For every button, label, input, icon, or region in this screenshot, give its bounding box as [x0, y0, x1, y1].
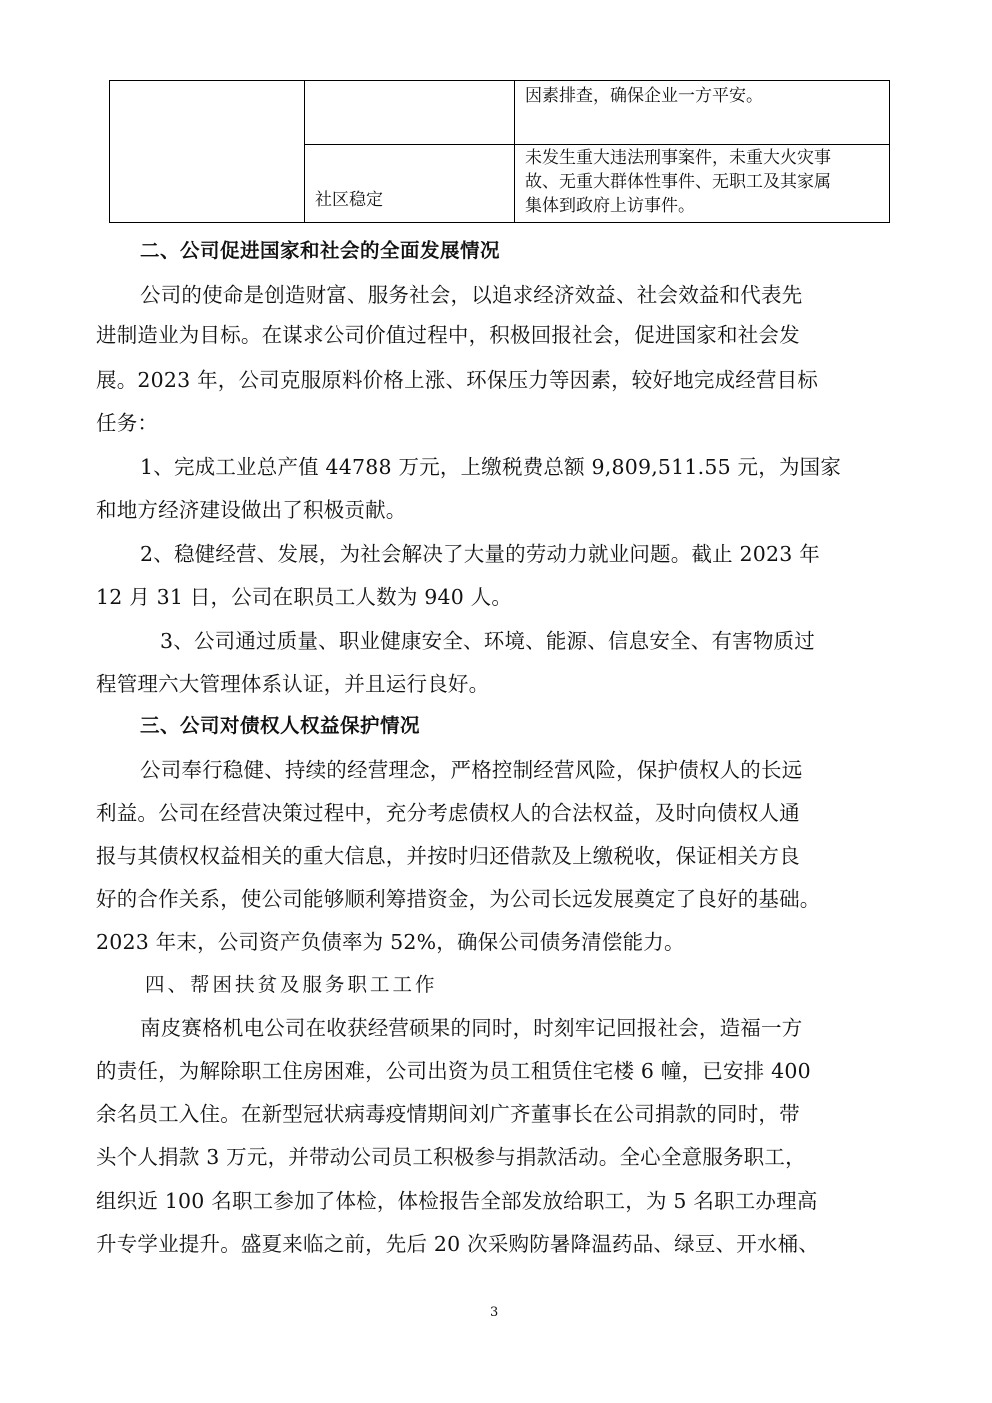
list-item-2: 2、稳健经营、发展，为社会解决了大量的劳动力就业问题。截止 2023 年 — [140, 539, 940, 569]
paragraph-line: 公司的使命是创造财富、服务社会，以追求经济效益、社会效益和代表先 — [140, 280, 940, 310]
continuation-table: 因素排查，确保企业一方平安。 社区稳定 未发生重大违法刑事案件，未重大火灾事 故… — [109, 80, 890, 223]
table-cell-category — [110, 81, 305, 223]
list-item-3: 3、公司通过质量、职业健康安全、环境、能源、信息安全、有害物质过 — [160, 626, 960, 656]
paragraph-line: 展。2023 年，公司克服原料价格上涨、环保压力等因素，较好地完成经营目标 — [96, 365, 896, 395]
paragraph-line: 利益。公司在经营决策过程中，充分考虑债权人的合法权益，及时向债权人通 — [96, 798, 896, 828]
paragraph-line: 的责任，为解除职工住房困难，公司出资为员工租赁住宅楼 6 幢，已安排 400 — [96, 1056, 896, 1086]
table-cell-item — [305, 81, 515, 145]
section-heading-3: 三、公司对债权人权益保护情况 — [140, 711, 940, 741]
list-item-3-cont: 程管理六大管理体系认证，并且运行良好。 — [96, 669, 896, 699]
list-item-1: 1、完成工业总产值 44788 万元，上缴税费总额 9,809,511.55 元… — [140, 452, 940, 482]
list-item-1-cont: 和地方经济建设做出了积极贡献。 — [96, 495, 896, 525]
paragraph-line: 公司奉行稳健、持续的经营理念，严格控制经营风险，保护债权人的长远 — [140, 755, 940, 785]
paragraph-line: 余名员工入住。在新型冠状病毒疫情期间刘广齐董事长在公司捐款的同时，带 — [96, 1099, 896, 1129]
paragraph-line: 任务： — [96, 408, 896, 438]
paragraph-line: 进制造业为目标。在谋求公司价值过程中，积极回报社会，促进国家和社会发 — [96, 320, 896, 350]
paragraph-line: 升专学业提升。盛夏来临之前，先后 20 次采购防暑降温药品、绿豆、开水桶、 — [96, 1229, 896, 1259]
paragraph-line: 头个人捐款 3 万元，并带动公司员工积极参与捐款活动。全心全意服务职工， — [96, 1142, 896, 1172]
table-cell-item: 社区稳定 — [305, 145, 515, 223]
paragraph-line: 组织近 100 名职工参加了体检，体检报告全部发放给职工，为 5 名职工办理高 — [96, 1186, 896, 1216]
table-cell-description: 因素排查，确保企业一方平安。 — [515, 81, 890, 145]
paragraph-line: 南皮赛格机电公司在收获经营硕果的同时，时刻牢记回报社会，造福一方 — [140, 1013, 940, 1043]
table-cell-description: 未发生重大违法刑事案件，未重大火灾事 故、无重大群体性事件、无职工及其家属 集体… — [515, 145, 890, 223]
section-heading-2: 二、公司促进国家和社会的全面发展情况 — [140, 236, 940, 266]
list-item-2-cont: 12 月 31 日，公司在职员工人数为 940 人。 — [96, 582, 896, 612]
table-row: 因素排查，确保企业一方平安。 — [110, 81, 890, 145]
paragraph-line: 2023 年末，公司资产负债率为 52%，确保公司债务清偿能力。 — [96, 927, 896, 957]
paragraph-line: 报与其债权权益相关的重大信息，并按时归还借款及上缴税收，保证相关方良 — [96, 841, 896, 871]
paragraph-line: 好的合作关系，使公司能够顺利筹措资金，为公司长远发展奠定了良好的基础。 — [96, 884, 896, 914]
section-heading-4: 四、帮困扶贫及服务职工工作 — [145, 970, 945, 1000]
page-number: 3 — [490, 1305, 498, 1320]
document-page: 因素排查，确保企业一方平安。 社区稳定 未发生重大违法刑事案件，未重大火灾事 故… — [0, 0, 992, 1403]
